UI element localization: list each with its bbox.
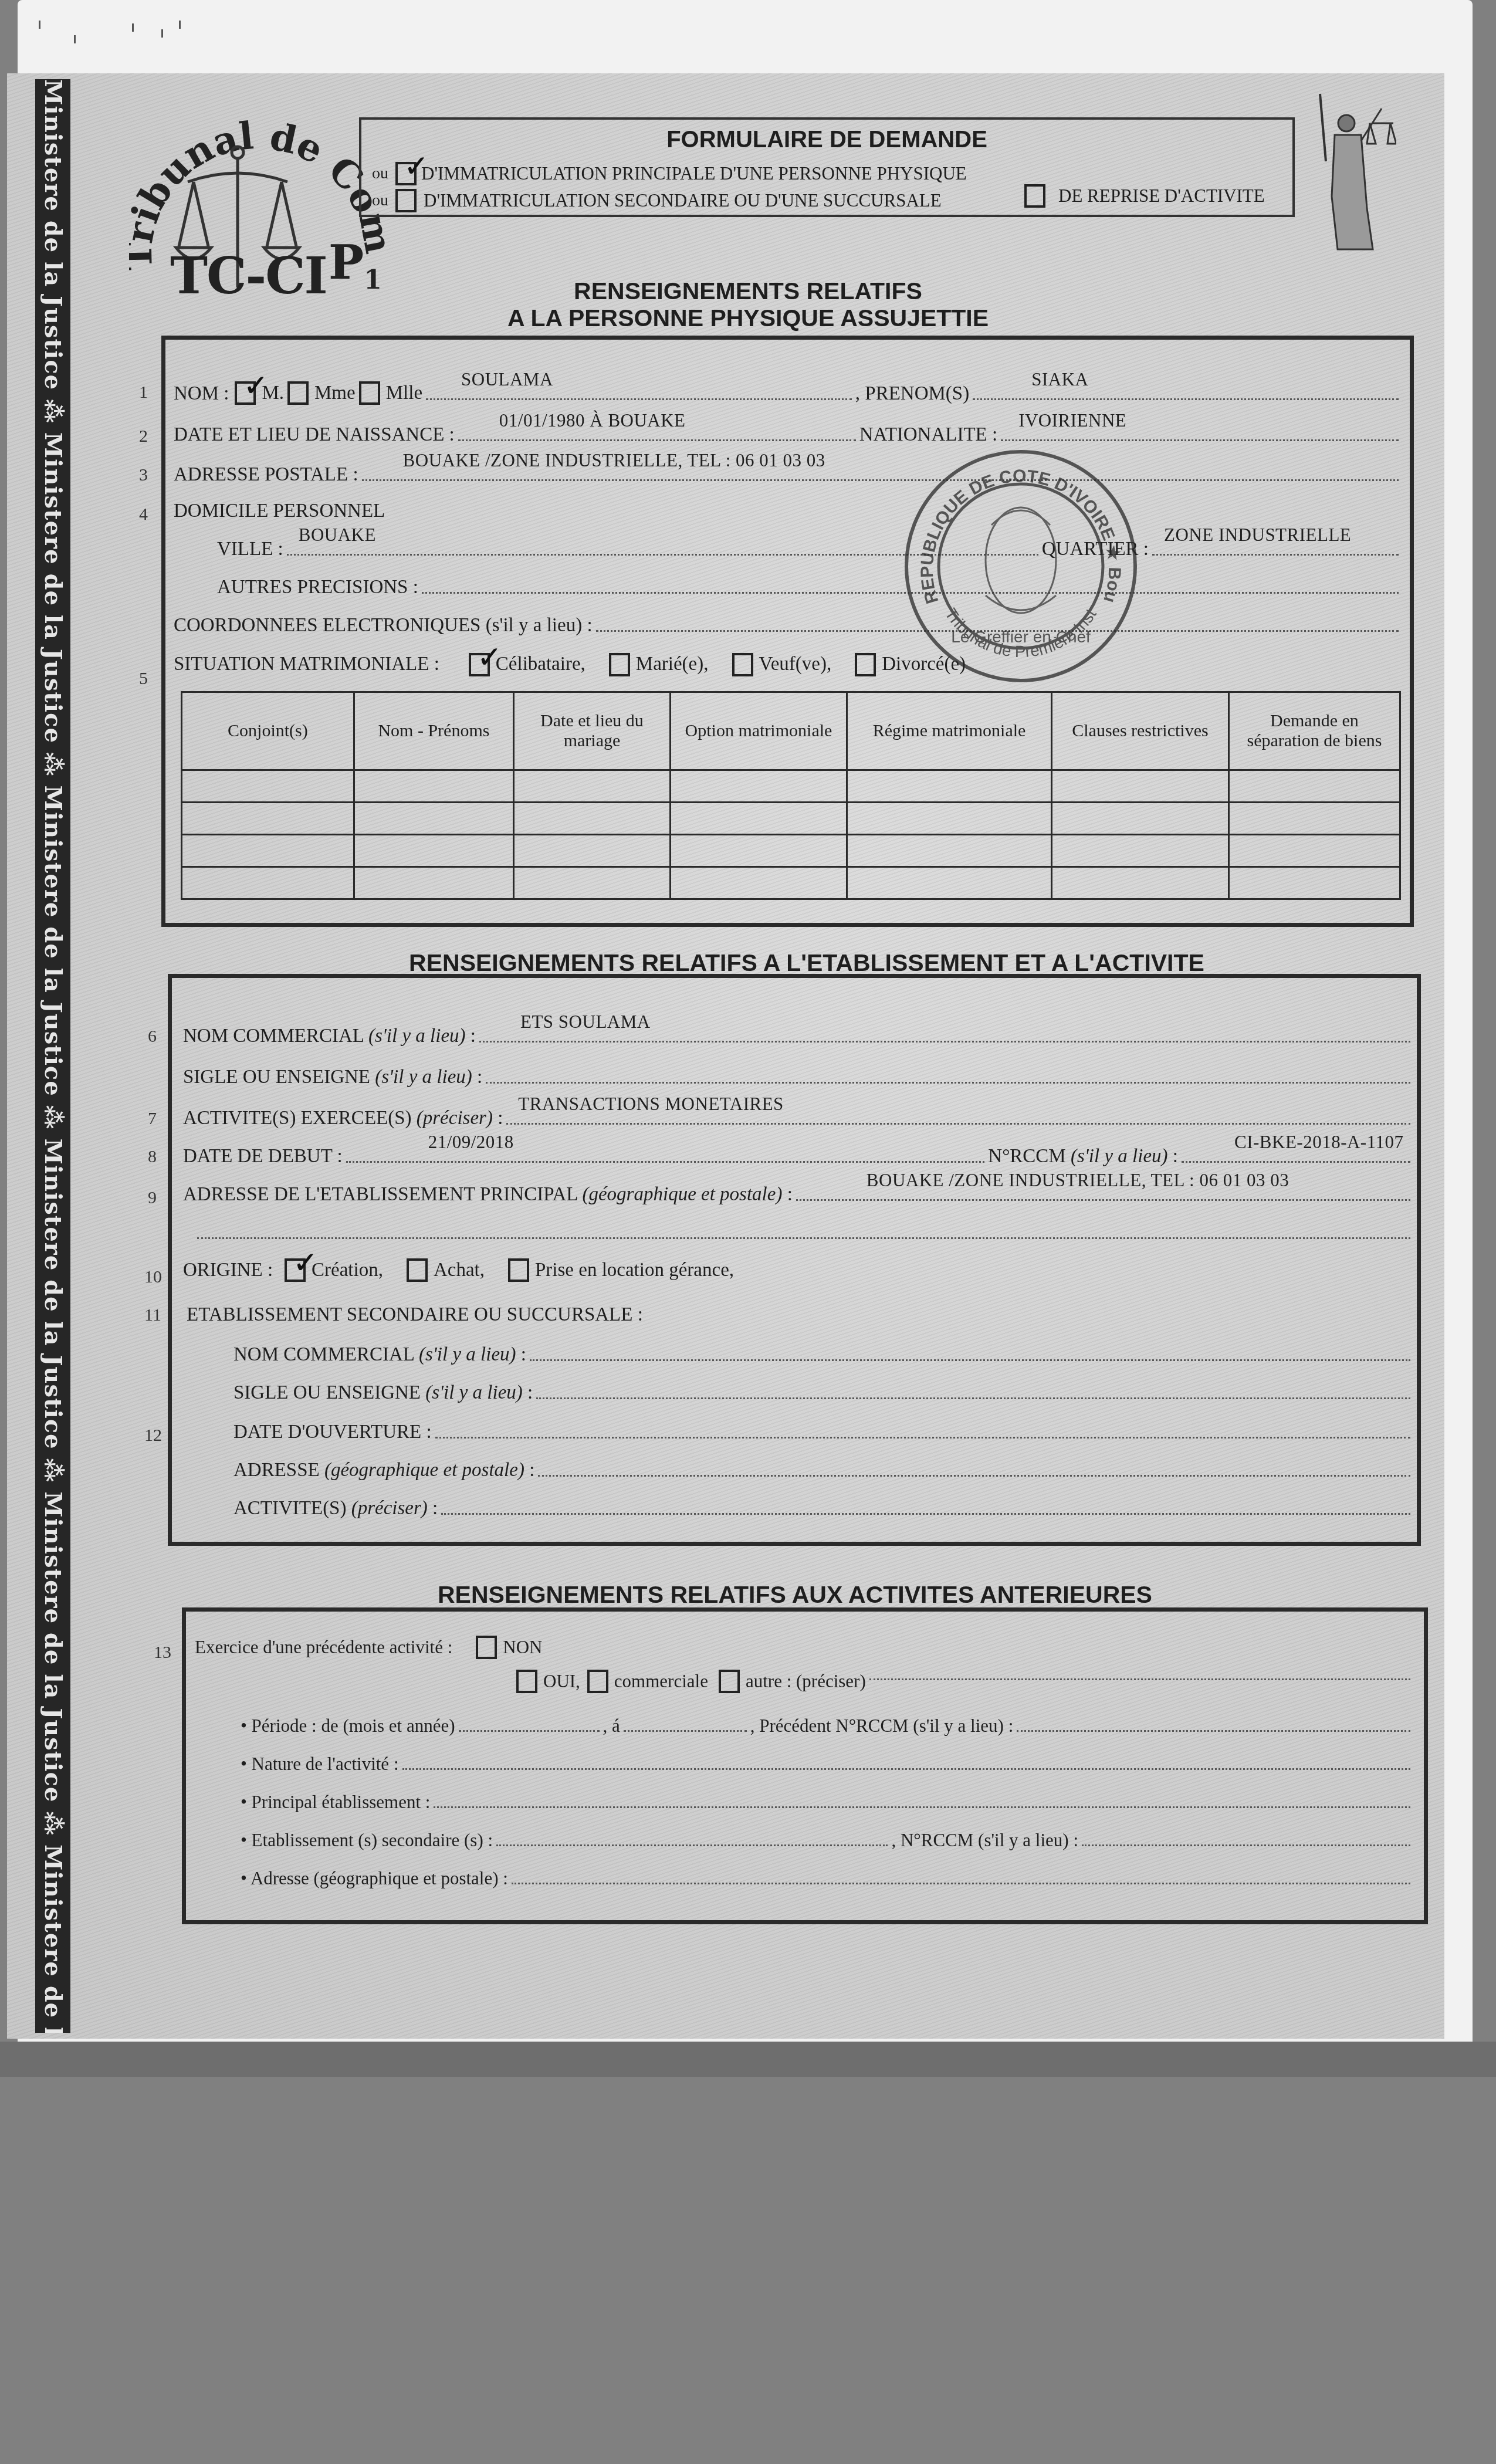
adresse-postale-row: ADRESSE POSTALE : BOUAKE /ZONE INDUSTRIE…	[174, 451, 1402, 486]
table-row	[182, 867, 1400, 899]
table-cell[interactable]	[354, 770, 513, 803]
principal-row: • Principal établissement :	[241, 1778, 1414, 1813]
periode-row: • Période : de (mois et année) , á , Pré…	[241, 1701, 1414, 1737]
exercice-row: Exercice d'une précédente activité : NON	[195, 1631, 1414, 1663]
activite-field[interactable]: TRANSACTIONS MONETAIRES	[506, 1122, 1410, 1125]
side-banner-text: Ministere de la Justice ⁂ Ministere de l…	[35, 79, 70, 2033]
checkbox-divorce[interactable]	[855, 653, 876, 676]
precedent-rccm-field[interactable]	[1017, 1729, 1410, 1732]
sec-nom-field[interactable]	[530, 1359, 1410, 1361]
table-cell[interactable]	[514, 803, 671, 835]
table-cell[interactable]	[514, 770, 671, 803]
staple-mark	[39, 21, 40, 29]
request-option-principal[interactable]: ou D'IMMATRICULATION PRINCIPALE D'UNE PE…	[372, 162, 967, 185]
table-cell[interactable]	[354, 835, 513, 867]
table-header-cell: Régime matrimoniale	[847, 692, 1052, 770]
table-cell[interactable]	[354, 803, 513, 835]
staple-mark	[179, 21, 181, 29]
naissance-row: DATE ET LIEU DE NAISSANCE : 01/01/1980 À…	[174, 411, 1402, 446]
checkbox-autre[interactable]	[719, 1670, 740, 1693]
table-row	[182, 770, 1400, 803]
table-header-cell: Nom - Prénoms	[354, 692, 513, 770]
sigle-field[interactable]	[486, 1081, 1410, 1084]
sec-adresse-field[interactable]	[538, 1474, 1410, 1477]
sec-sigle-field[interactable]	[536, 1397, 1410, 1399]
official-stamp-icon: REPUBLIQUE DE COTE D'IVOIRE ★ Bouaké Tri…	[903, 449, 1138, 683]
table-cell[interactable]	[182, 867, 354, 899]
table-cell[interactable]	[1052, 770, 1229, 803]
table-cell[interactable]	[182, 835, 354, 867]
section1-title-line1: RENSEIGNEMENTS RELATIFS	[0, 276, 1496, 306]
sec-nom-row: NOM COMMERCIAL (s'il y a lieu) :	[233, 1331, 1414, 1366]
principal-field[interactable]	[434, 1806, 1410, 1808]
checkbox-non[interactable]	[476, 1636, 497, 1659]
adresse-principale-row: ADRESSE DE L'ETABLISSEMENT PRINCIPAL (gé…	[183, 1170, 1414, 1206]
nationalite-field[interactable]: IVOIRIENNE	[1001, 439, 1399, 441]
checkbox-marie[interactable]	[609, 653, 630, 676]
nature-row: • Nature de l'activité :	[241, 1739, 1414, 1775]
checkbox-oui[interactable]	[516, 1670, 537, 1693]
checkbox-reprise[interactable]	[1024, 184, 1045, 208]
table-header-cell: Conjoint(s)	[182, 692, 354, 770]
table-cell[interactable]	[847, 835, 1052, 867]
periode-from-field[interactable]	[459, 1729, 600, 1732]
quartier-field[interactable]: ZONE INDUSTRIELLE	[1152, 553, 1399, 556]
domicile-row: DOMICILE PERSONNEL	[174, 487, 1402, 522]
sec-date-field[interactable]	[435, 1436, 1410, 1439]
date-debut-row: DATE DE DEBUT : 21/09/2018 N°RCCM (s'il …	[183, 1132, 1414, 1167]
table-cell[interactable]	[514, 835, 671, 867]
checkbox-principal[interactable]	[395, 162, 417, 185]
table-cell[interactable]	[1228, 867, 1400, 899]
prenom-field[interactable]: SIAKA	[973, 398, 1399, 400]
nom-commercial-row: NOM COMMERCIAL (s'il y a lieu) : ETS SOU…	[183, 1012, 1414, 1047]
secondaires-rccm-field[interactable]	[1082, 1844, 1410, 1846]
nom-commercial-field[interactable]: ETS SOULAMA	[479, 1040, 1410, 1043]
lady-justice-icon	[1314, 91, 1396, 261]
checkbox-commerciale[interactable]	[587, 1670, 608, 1693]
checkbox-civility-mme[interactable]	[287, 381, 309, 405]
table-cell[interactable]	[670, 770, 847, 803]
checkbox-civility-m[interactable]	[235, 381, 256, 405]
nom-field[interactable]: SOULAMA	[426, 398, 852, 400]
checkbox-achat[interactable]	[407, 1258, 428, 1282]
table-cell[interactable]	[514, 867, 671, 899]
sec-activite-row: ACTIVITE(S) (préciser) :	[233, 1484, 1414, 1519]
table-cell[interactable]	[847, 867, 1052, 899]
request-option-secondaire[interactable]: ou D'IMMATRICULATION SECONDAIRE OU D'UNE…	[372, 189, 942, 212]
rccm-field[interactable]: CI-BKE-2018-A-1107	[1182, 1160, 1410, 1163]
coordonnees-row: COORDONNEES ELECTRONIQUES (s'il y a lieu…	[174, 601, 1402, 637]
autre-preciser-field[interactable]	[869, 1678, 1410, 1680]
checkbox-celibataire[interactable]	[469, 653, 490, 676]
secondaire-row: ETABLISSEMENT SECONDAIRE OU SUCCURSALE :	[187, 1291, 1414, 1326]
table-cell[interactable]	[670, 867, 847, 899]
table-cell[interactable]	[847, 803, 1052, 835]
adresse-anterieure-row: • Adresse (géographique et postale) :	[241, 1854, 1414, 1889]
request-title: FORMULAIRE DE DEMANDE	[361, 127, 1292, 153]
table-cell[interactable]	[354, 867, 513, 899]
table-cell[interactable]	[1228, 835, 1400, 867]
table-cell[interactable]	[847, 770, 1052, 803]
sec-date-row: DATE D'OUVERTURE :	[233, 1408, 1414, 1443]
table-header-cell: Demande en séparation de biens	[1228, 692, 1400, 770]
adresse-principale-field-line2[interactable]	[197, 1237, 1410, 1239]
table-cell[interactable]	[1228, 803, 1400, 835]
secondaires-field[interactable]	[496, 1844, 888, 1846]
table-cell[interactable]	[1052, 803, 1229, 835]
table-cell[interactable]	[670, 835, 847, 867]
date-debut-field[interactable]: 21/09/2018	[346, 1160, 985, 1163]
ville-row: VILLE : BOUAKE QUARTIER : ZONE INDUSTRIE…	[217, 525, 1402, 560]
staple-mark	[132, 23, 134, 32]
checkbox-creation[interactable]	[285, 1258, 306, 1282]
sec-adresse-row: ADRESSE (géographique et postale) :	[233, 1446, 1414, 1481]
sec-sigle-row: SIGLE OU ENSEIGNE (s'il y a lieu) :	[233, 1369, 1414, 1404]
table-header-row: Conjoint(s)Nom - PrénomsDate et lieu du …	[182, 692, 1400, 770]
checkbox-secondaire[interactable]	[395, 189, 417, 212]
checkbox-veuf[interactable]	[732, 653, 753, 676]
checkbox-civility-mlle[interactable]	[359, 381, 380, 405]
side-banner: Ministere de la Justice ⁂ Ministere de l…	[35, 79, 70, 2033]
table-cell[interactable]	[1052, 867, 1229, 899]
table-cell[interactable]	[182, 770, 354, 803]
table-cell[interactable]	[670, 803, 847, 835]
sigle-row: SIGLE OU ENSEIGNE (s'il y a lieu) :	[183, 1053, 1414, 1088]
naissance-field[interactable]: 01/01/1980 À BOUAKE	[458, 439, 856, 441]
table-header-cell: Date et lieu du mariage	[514, 692, 671, 770]
marriage-table: Conjoint(s)Nom - PrénomsDate et lieu du …	[181, 691, 1401, 900]
request-type-box: FORMULAIRE DE DEMANDE ou D'IMMATRICULATI…	[359, 117, 1295, 217]
adresse-anterieure-field[interactable]	[512, 1882, 1410, 1884]
request-option-reprise[interactable]: DE REPRISE D'ACTIVITE	[1024, 184, 1265, 208]
staple-mark	[74, 35, 76, 43]
table-header-cell: Option matrimoniale	[670, 692, 847, 770]
table-cell[interactable]	[1052, 835, 1229, 867]
svg-text:Le Greffier en Chef: Le Greffier en Chef	[951, 628, 1091, 646]
nom-row: NOM : M. Mme Mlle SOULAMA , PRENOM(S) SI…	[174, 370, 1402, 405]
scanner-shadow	[0, 2042, 1496, 2077]
table-row	[182, 835, 1400, 867]
secondaires-row: • Etablissement (s) secondaire (s) : , N…	[241, 1816, 1414, 1851]
origine-row: ORIGINE : Création, Achat, Prise en loca…	[183, 1250, 1414, 1291]
section3-title: RENSEIGNEMENTS RELATIFS AUX ACTIVITES AN…	[0, 1579, 1496, 1610]
staple-mark	[161, 29, 163, 38]
situation-row: SITUATION MATRIMONIALE : Célibataire, Ma…	[174, 645, 1402, 683]
autres-precisions-row: AUTRES PRECISIONS :	[217, 563, 1402, 598]
adresse-principale-continued	[194, 1209, 1414, 1244]
checkbox-location-gerance[interactable]	[508, 1258, 529, 1282]
section1-title-line2: A LA PERSONNE PHYSIQUE ASSUJETTIE	[0, 303, 1496, 333]
nature-field[interactable]	[402, 1768, 1411, 1770]
adresse-principale-field[interactable]: BOUAKE /ZONE INDUSTRIELLE, TEL : 06 01 0…	[796, 1199, 1410, 1201]
adresse-postale-field[interactable]: BOUAKE /ZONE INDUSTRIELLE, TEL : 06 01 0…	[362, 479, 1399, 481]
svg-text:REPUBLIQUE DE COTE D'IVOIRE ★: REPUBLIQUE DE COTE D'IVOIRE ★ Bouaké	[903, 449, 1124, 606]
activite-row: ACTIVITE(S) EXERCEE(S) (préciser) : TRAN…	[183, 1094, 1414, 1129]
table-header-cell: Clauses restrictives	[1052, 692, 1229, 770]
table-cell[interactable]	[1228, 770, 1400, 803]
sec-activite-field[interactable]	[441, 1512, 1410, 1515]
table-cell[interactable]	[182, 803, 354, 835]
table-row	[182, 803, 1400, 835]
exercice-oui-row: OUI, commerciale autre : (préciser)	[516, 1665, 1414, 1697]
periode-to-field[interactable]	[624, 1729, 747, 1732]
